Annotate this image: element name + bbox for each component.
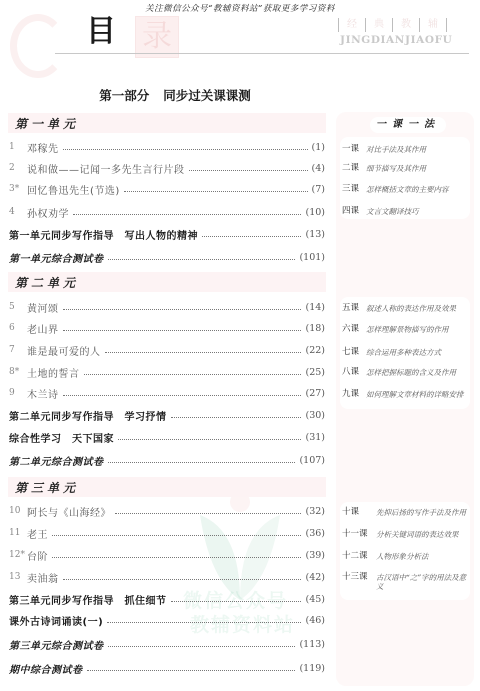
item-page: (45): [305, 594, 325, 605]
part-title: 第一部分同步过关课课测: [0, 86, 350, 104]
lesson-text: 对比手法及其作用: [366, 145, 426, 154]
sidebar-lesson[interactable]: 十三课古汉语中“之”字的用法及意义: [342, 573, 470, 591]
lesson-text: 先抑后扬的写作手法及作用: [376, 508, 466, 517]
toc-item[interactable]: 13卖油翁(42): [9, 569, 325, 585]
lesson-text: 文言文翻译技巧: [366, 207, 419, 216]
top-note: 关注微信公众号“教辅资料站”获取更多学习资料: [0, 2, 480, 14]
item-title: 孙权劝学: [27, 205, 69, 220]
item-title: 回忆鲁迅先生(节选): [27, 182, 120, 197]
toc-item[interactable]: 3*回忆鲁迅先生(节选)(7): [9, 181, 325, 197]
item-page: (107): [299, 455, 325, 466]
item-number: 2: [9, 163, 27, 173]
toc-item[interactable]: 8*土地的誓言(25): [9, 364, 325, 380]
item-number: 1: [9, 142, 27, 152]
sidebar-lesson[interactable]: 三课怎样概括文章的主要内容: [342, 185, 470, 194]
lesson-name: 十课: [342, 508, 376, 517]
sidebar-lesson[interactable]: 十课先抑后扬的写作手法及作用: [342, 508, 470, 517]
item-title: 木兰诗: [27, 386, 59, 401]
dot-leader: [118, 438, 301, 440]
lesson-name: 八课: [342, 368, 366, 377]
dot-leader: [202, 235, 301, 237]
toc-item-unit-test[interactable]: 第二单元综合测试卷(107): [9, 452, 325, 468]
sidebar-lesson[interactable]: 十二课人物形象分析法: [342, 552, 470, 561]
toc-item[interactable]: 4孙权劝学(10): [9, 204, 325, 220]
toc-item-midterm-test[interactable]: 期中综合测试卷(119): [9, 660, 325, 676]
item-title: 老山界: [27, 321, 59, 336]
item-page: (31): [305, 432, 325, 443]
lesson-text: 怎样概括文章的主要内容: [366, 185, 449, 194]
item-title: 邓稼先: [27, 140, 59, 155]
unit-heading-text: 第二单元: [15, 274, 79, 291]
sidebar-lesson[interactable]: 八课怎样把握标题的含义及作用: [342, 368, 470, 377]
dot-leader: [171, 416, 302, 418]
item-page: (7): [312, 184, 325, 195]
dot-leader: [108, 461, 296, 463]
item-page: (113): [299, 639, 325, 650]
unit-header-1: 第一单元: [8, 113, 326, 133]
dot-leader: [52, 534, 301, 536]
unit-heading-text: 第一单元: [15, 115, 79, 132]
lesson-name: 六课: [342, 325, 366, 334]
item-title: 第二单元同步写作指导 学习抒情: [9, 408, 167, 423]
dot-leader: [63, 148, 308, 150]
sidebar-lesson[interactable]: 一课对比手法及其作用: [342, 145, 470, 154]
dot-leader: [171, 600, 302, 602]
item-title: 土地的誓言: [27, 365, 80, 380]
dot-leader: [108, 645, 296, 647]
dot-leader: [63, 578, 302, 580]
lesson-text: 综合运用多种表达方式: [366, 348, 441, 357]
dot-leader: [108, 258, 296, 260]
item-number: 4: [9, 207, 27, 217]
item-page: (42): [305, 572, 325, 583]
dot-leader: [107, 621, 301, 623]
lesson-text: 怎样理解景物描写的作用: [366, 325, 449, 334]
item-title: 黄河颂: [27, 300, 59, 315]
sidebar-heading: 一课一法: [370, 117, 446, 133]
header-divider: [55, 53, 469, 54]
lesson-text: 怎样把握标题的含义及作用: [366, 368, 456, 377]
toc-item[interactable]: 9木兰诗(27): [9, 385, 325, 401]
lesson-text: 分析关键词语的表达效果: [376, 530, 459, 539]
item-number: 5: [9, 302, 27, 312]
part-name: 同步过关课课测: [163, 88, 251, 103]
lesson-text: 细节描写及其作用: [366, 164, 426, 173]
item-page: (1): [312, 142, 325, 153]
lesson-text: 如何理解文章材料的详略安排: [366, 390, 464, 399]
toc-item[interactable]: 11老王(36): [9, 525, 325, 541]
item-title: 第三单元同步写作指导 抓住细节: [9, 592, 167, 607]
sidebar-lesson[interactable]: 十一课分析关键词语的表达效果: [342, 530, 470, 539]
toc-item-unit-test[interactable]: 第一单元综合测试卷(101): [9, 249, 325, 265]
dot-leader: [189, 169, 308, 171]
sidebar-lesson[interactable]: 五课叙述人称的表达作用及效果: [342, 304, 470, 313]
toc-item-comprehensive-study[interactable]: 综合性学习 天下国家(31): [9, 429, 325, 445]
lesson-name: 二课: [342, 164, 366, 173]
item-page: (10): [305, 207, 325, 218]
lesson-text: 人物形象分析法: [376, 552, 429, 561]
toc-item[interactable]: 7谁是最可爱的人(22): [9, 342, 325, 358]
item-title: 老王: [27, 526, 48, 541]
item-page: (30): [305, 410, 325, 421]
lesson-name: 四课: [342, 207, 366, 216]
item-number: 6: [9, 323, 27, 333]
item-title: 阿长与《山海经》: [27, 504, 111, 519]
item-page: (14): [305, 302, 325, 313]
toc-item-classical-poetry[interactable]: 课外古诗词诵读(一)(46): [9, 612, 325, 628]
item-number: 13: [9, 572, 27, 582]
unit-heading-text: 第三单元: [15, 479, 79, 496]
brand-char: 教: [392, 18, 419, 32]
toc-item[interactable]: 10阿长与《山海经》(32): [9, 503, 325, 519]
item-title: 第一单元综合测试卷: [9, 250, 104, 265]
lesson-name: 十一课: [342, 530, 376, 539]
toc-item-unit-test[interactable]: 第三单元综合测试卷(113): [9, 636, 325, 652]
toc-item-writing-guide[interactable]: 第三单元同步写作指导 抓住细节(45): [9, 591, 325, 607]
item-number: 7: [9, 345, 27, 355]
lesson-name: 十三课: [342, 573, 376, 591]
item-page: (13): [305, 229, 325, 240]
brand-char-boxes: 经 典 教 辅: [338, 18, 447, 32]
item-title: 期中综合测试卷: [9, 661, 83, 676]
item-title: 台阶: [27, 548, 48, 563]
lesson-name: 七课: [342, 348, 366, 357]
toc-item[interactable]: 2说和做——记闻一多先生言行片段(4): [9, 160, 325, 176]
dot-leader: [63, 394, 302, 396]
sidebar-lesson[interactable]: 六课怎样理解景物描写的作用: [342, 325, 470, 334]
lesson-name: 九课: [342, 390, 366, 399]
item-page: (25): [305, 367, 325, 378]
toc-item[interactable]: 12*台阶(39): [9, 547, 325, 563]
sidebar-lesson[interactable]: 七课综合运用多种表达方式: [342, 348, 470, 357]
item-title: 说和做——记闻一多先生言行片段: [27, 161, 185, 176]
item-page: (119): [299, 663, 325, 674]
lesson-name: 十二课: [342, 552, 376, 561]
brand-char: 典: [365, 18, 392, 32]
item-number: 3*: [9, 184, 27, 194]
dot-leader: [63, 329, 302, 331]
item-number: 11: [9, 528, 27, 538]
item-title: 第二单元综合测试卷: [9, 453, 104, 468]
item-title: 综合性学习 天下国家: [9, 430, 114, 445]
lesson-text: 叙述人称的表达作用及效果: [366, 304, 456, 313]
unit-header-2: 第二单元: [8, 272, 326, 292]
item-title: 谁是最可爱的人: [27, 343, 101, 358]
toc-item[interactable]: 1邓稼先(1): [9, 139, 325, 155]
item-number: 12*: [9, 550, 27, 560]
dot-leader: [115, 512, 301, 514]
sidebar-lesson[interactable]: 九课如何理解文章材料的详略安排: [342, 390, 470, 399]
sidebar-lesson[interactable]: 二课细节描写及其作用: [342, 164, 470, 173]
item-title: 卖油翁: [27, 570, 59, 585]
lesson-text: 古汉语中“之”字的用法及意义: [376, 573, 470, 591]
lesson-name: 三课: [342, 185, 366, 194]
toc-item[interactable]: 5黄河颂(14): [9, 299, 325, 315]
item-page: (32): [305, 506, 325, 517]
item-number: 10: [9, 506, 27, 516]
item-page: (39): [305, 550, 325, 561]
dot-leader: [105, 351, 302, 353]
page-title-char-2: 录: [136, 17, 178, 57]
dot-leader: [63, 308, 302, 310]
page-title-char-1: 目: [86, 14, 116, 50]
dot-leader: [52, 556, 301, 558]
item-page: (36): [305, 528, 325, 539]
item-page: (22): [305, 345, 325, 356]
toc-item-writing-guide[interactable]: 第二单元同步写作指导 学习抒情(30): [9, 407, 325, 423]
brand-char: 经: [338, 18, 365, 32]
item-page: (46): [305, 615, 325, 626]
dot-leader: [124, 190, 308, 192]
unit-header-3: 第三单元: [8, 477, 326, 497]
dot-leader: [73, 213, 301, 215]
item-title: 第一单元同步写作指导 写出人物的精神: [9, 227, 198, 242]
item-page: (27): [305, 388, 325, 399]
item-page: (4): [312, 163, 325, 174]
decorative-title-box: 录: [135, 16, 179, 58]
item-page: (18): [305, 323, 325, 334]
lesson-name: 五课: [342, 304, 366, 313]
part-label: 第一部分: [99, 88, 149, 103]
toc-item[interactable]: 6老山界(18): [9, 320, 325, 336]
item-number: 9: [9, 388, 27, 398]
item-page: (101): [299, 252, 325, 263]
dot-leader: [84, 373, 302, 375]
dot-leader: [87, 669, 296, 671]
decorative-c-shape: [10, 14, 66, 78]
item-title: 第三单元综合测试卷: [9, 637, 104, 652]
brand-char: 辅: [419, 18, 447, 32]
lesson-name: 一课: [342, 145, 366, 154]
brand-pinyin: JINGDIANJIAOFU: [340, 34, 452, 46]
sidebar-lesson[interactable]: 四课文言文翻译技巧: [342, 207, 470, 216]
toc-item-writing-guide[interactable]: 第一单元同步写作指导 写出人物的精神(13): [9, 226, 325, 242]
item-title: 课外古诗词诵读(一): [9, 613, 103, 628]
item-number: 8*: [9, 367, 27, 377]
